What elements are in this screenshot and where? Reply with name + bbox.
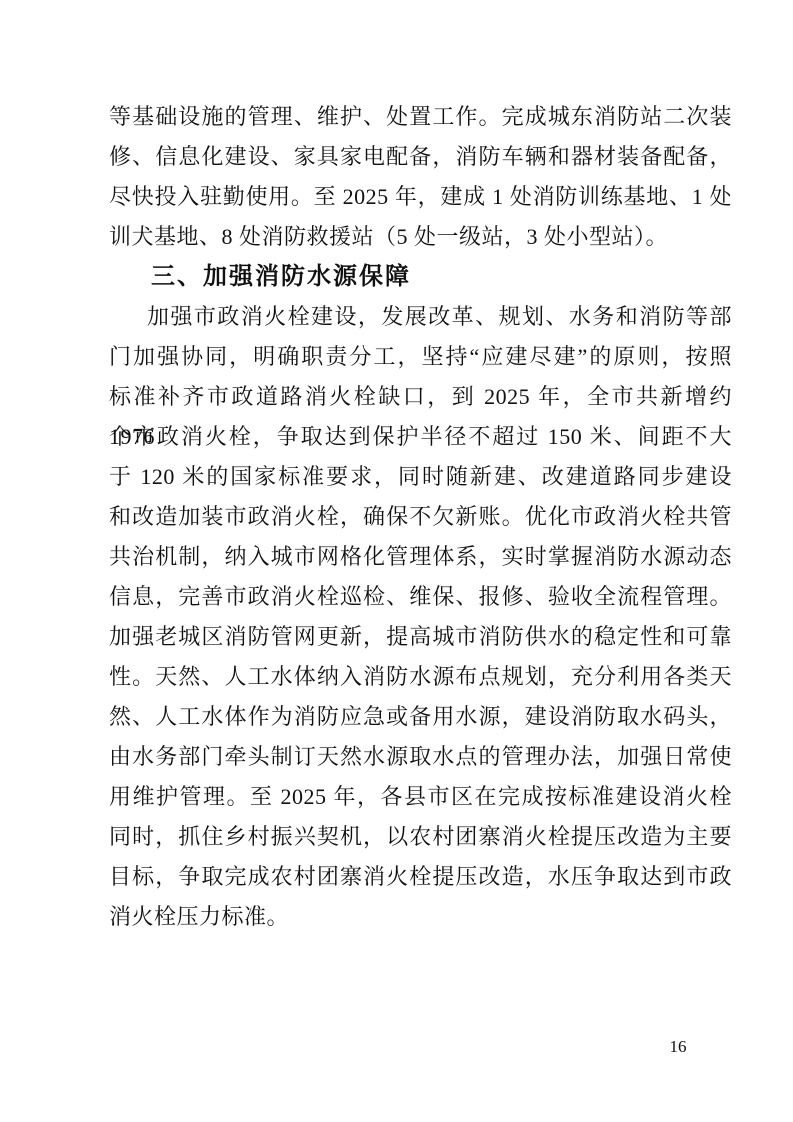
text-line: 修、信息化建设、家具家电配备，消防车辆和器材装备配备，	[109, 137, 732, 177]
page-content: 等基础设施的管理、维护、处置工作。完成城东消防站二次装修、信息化建设、家具家电配…	[109, 97, 732, 937]
text-line: 尽快投入驻勤使用。至 2025 年，建成 1 处消防训练基地、1 处	[109, 177, 732, 217]
text-line: 等基础设施的管理、维护、处置工作。完成城东消防站二次装	[109, 97, 732, 137]
page-number: 16	[660, 1037, 696, 1057]
document-page: 等基础设施的管理、维护、处置工作。完成城东消防站二次装修、信息化建设、家具家电配…	[0, 0, 793, 1122]
text-line: 目标，争取完成农村团寨消火栓提压改造，水压争取达到市政	[109, 857, 732, 897]
text-line: 由水务部门牵头制订天然水源取水点的管理办法，加强日常使	[109, 737, 732, 777]
text-line: 性。天然、人工水体纳入消防水源布点规划，充分利用各类天	[109, 657, 732, 697]
text-line: 和改造加装市政消火栓，确保不欠新账。优化市政消火栓共管	[109, 497, 732, 537]
text-line: 于 120 米的国家标准要求，同时随新建、改建道路同步建设	[109, 457, 732, 497]
text-line: 加强老城区消防管网更新，提高城市消防供水的稳定性和可靠	[109, 617, 732, 657]
text-line: 加强市政消火栓建设，发展改革、规划、水务和消防等部	[109, 297, 732, 337]
text-line: 同时，抓住乡村振兴契机，以农村团寨消火栓提压改造为主要	[109, 817, 732, 857]
text-line: 信息，完善市政消火栓巡检、维保、报修、验收全流程管理。	[109, 577, 732, 617]
text-line: 训犬基地、8 处消防救援站（5 处一级站，3 处小型站）。	[109, 217, 732, 257]
text-line: 门加强协同，明确职责分工，坚持“应建尽建”的原则，按照	[109, 337, 732, 377]
section-heading: 三、加强消防水源保障	[109, 257, 732, 297]
text-line: 标准补齐市政道路消火栓缺口，到 2025 年，全市共新增约 1976	[109, 377, 732, 417]
text-line: 用维护管理。至 2025 年，各县市区在完成按标准建设消火栓	[109, 777, 732, 817]
text-line: 然、人工水体作为消防应急或备用水源，建设消防取水码头，	[109, 697, 732, 737]
text-line: 消火栓压力标准。	[109, 897, 732, 937]
text-line: 共治机制，纳入城市网格化管理体系，实时掌握消防水源动态	[109, 537, 732, 577]
text-line: 个市政消火栓，争取达到保护半径不超过 150 米、间距不大	[109, 417, 732, 457]
